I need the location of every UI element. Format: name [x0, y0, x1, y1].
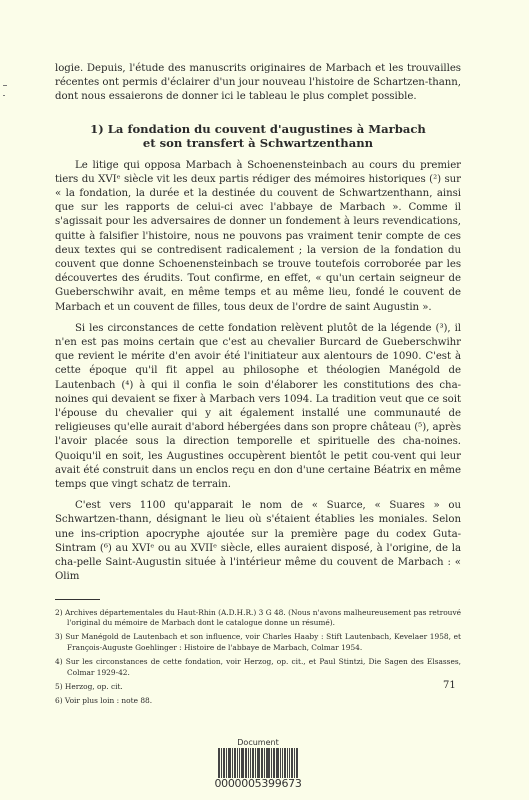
footnote-4: 4) Sur les circonstances de cette fondat… — [55, 657, 461, 678]
footnote-3: 3) Sur Manégold de Lautenbach et son inf… — [55, 632, 461, 653]
barcode-stamp: Document 0000005399673 — [208, 738, 308, 790]
footnote-5: 5) Herzog, op. cit. — [55, 682, 461, 692]
footnote-separator — [55, 599, 100, 600]
footnote-2: 2) Archives départementales du Haut-Rhin… — [55, 608, 461, 629]
body-paragraph-2: Si les circonstances de cette fondation … — [55, 322, 461, 492]
margin-mark — [3, 85, 7, 86]
section-heading-line2: et son transfert à Schwartzenthann — [55, 136, 461, 150]
margin-mark — [3, 95, 5, 96]
body-paragraph-1: Le litige qui opposa Marbach à Schoenens… — [55, 159, 461, 315]
barcode-icon — [208, 748, 308, 778]
body-paragraph-3: C'est vers 1100 qu'apparait le nom de « … — [55, 499, 461, 584]
section-heading: 1) La fondation du couvent d'augustines … — [55, 122, 461, 150]
barcode-label: Document — [208, 738, 308, 747]
document-page: logie. Depuis, l'étude des manuscrits or… — [55, 62, 461, 711]
barcode-number: 0000005399673 — [208, 778, 308, 790]
footnote-6: 6) Voir plus loin : note 88. — [55, 696, 461, 706]
section-heading-line1: 1) La fondation du couvent d'augustines … — [55, 122, 461, 136]
intro-paragraph: logie. Depuis, l'étude des manuscrits or… — [55, 62, 461, 105]
page-number: 71 — [443, 680, 456, 691]
